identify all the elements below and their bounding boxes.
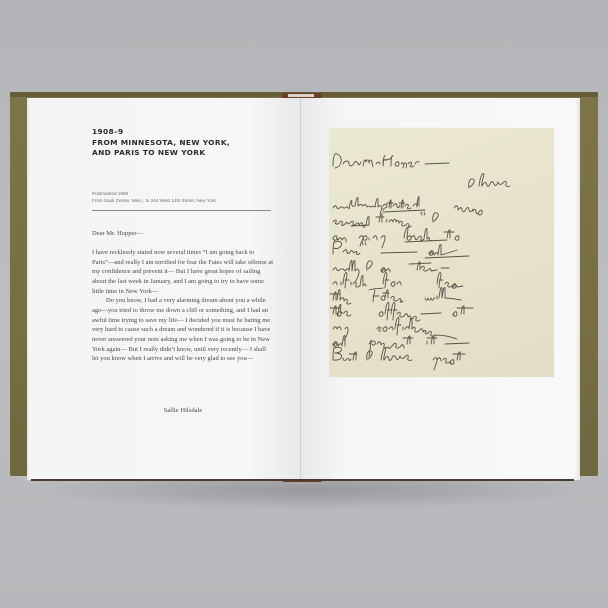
page-edges-right [574, 98, 580, 480]
letter-metadata: Postmarked 1908 From Sauk Center, Minn.,… [92, 190, 272, 204]
chapter-title-line2: AND PARIS TO NEW YORK [92, 148, 292, 159]
handwritten-letter-image [329, 128, 554, 377]
route-text: From Sauk Center, Minn., to 244 West 14t… [92, 197, 272, 204]
letter-paragraph-1: I have recklessly stated now several tim… [92, 248, 274, 296]
ribbon-top [288, 94, 314, 97]
letter-salutation: Dear Mr. Hopper— [92, 229, 274, 239]
letter-paragraph-2: Do you know, I had a very alarming dream… [92, 296, 274, 364]
chapter-header: 1908–9 FROM MINNESOTA, NEW YORK, AND PAR… [92, 127, 292, 159]
letter-signature: Sallie Hilsdale [92, 407, 274, 414]
handwriting-strokes [329, 128, 554, 377]
transcribed-letter: Dear Mr. Hopper— I have recklessly state… [92, 229, 274, 364]
chapter-title-line1: FROM MINNESOTA, NEW YORK, [92, 138, 292, 149]
book-gutter [300, 98, 301, 479]
divider-rule [92, 210, 271, 211]
chapter-date: 1908–9 [92, 127, 292, 138]
postmark-text: Postmarked 1908 [92, 190, 272, 197]
